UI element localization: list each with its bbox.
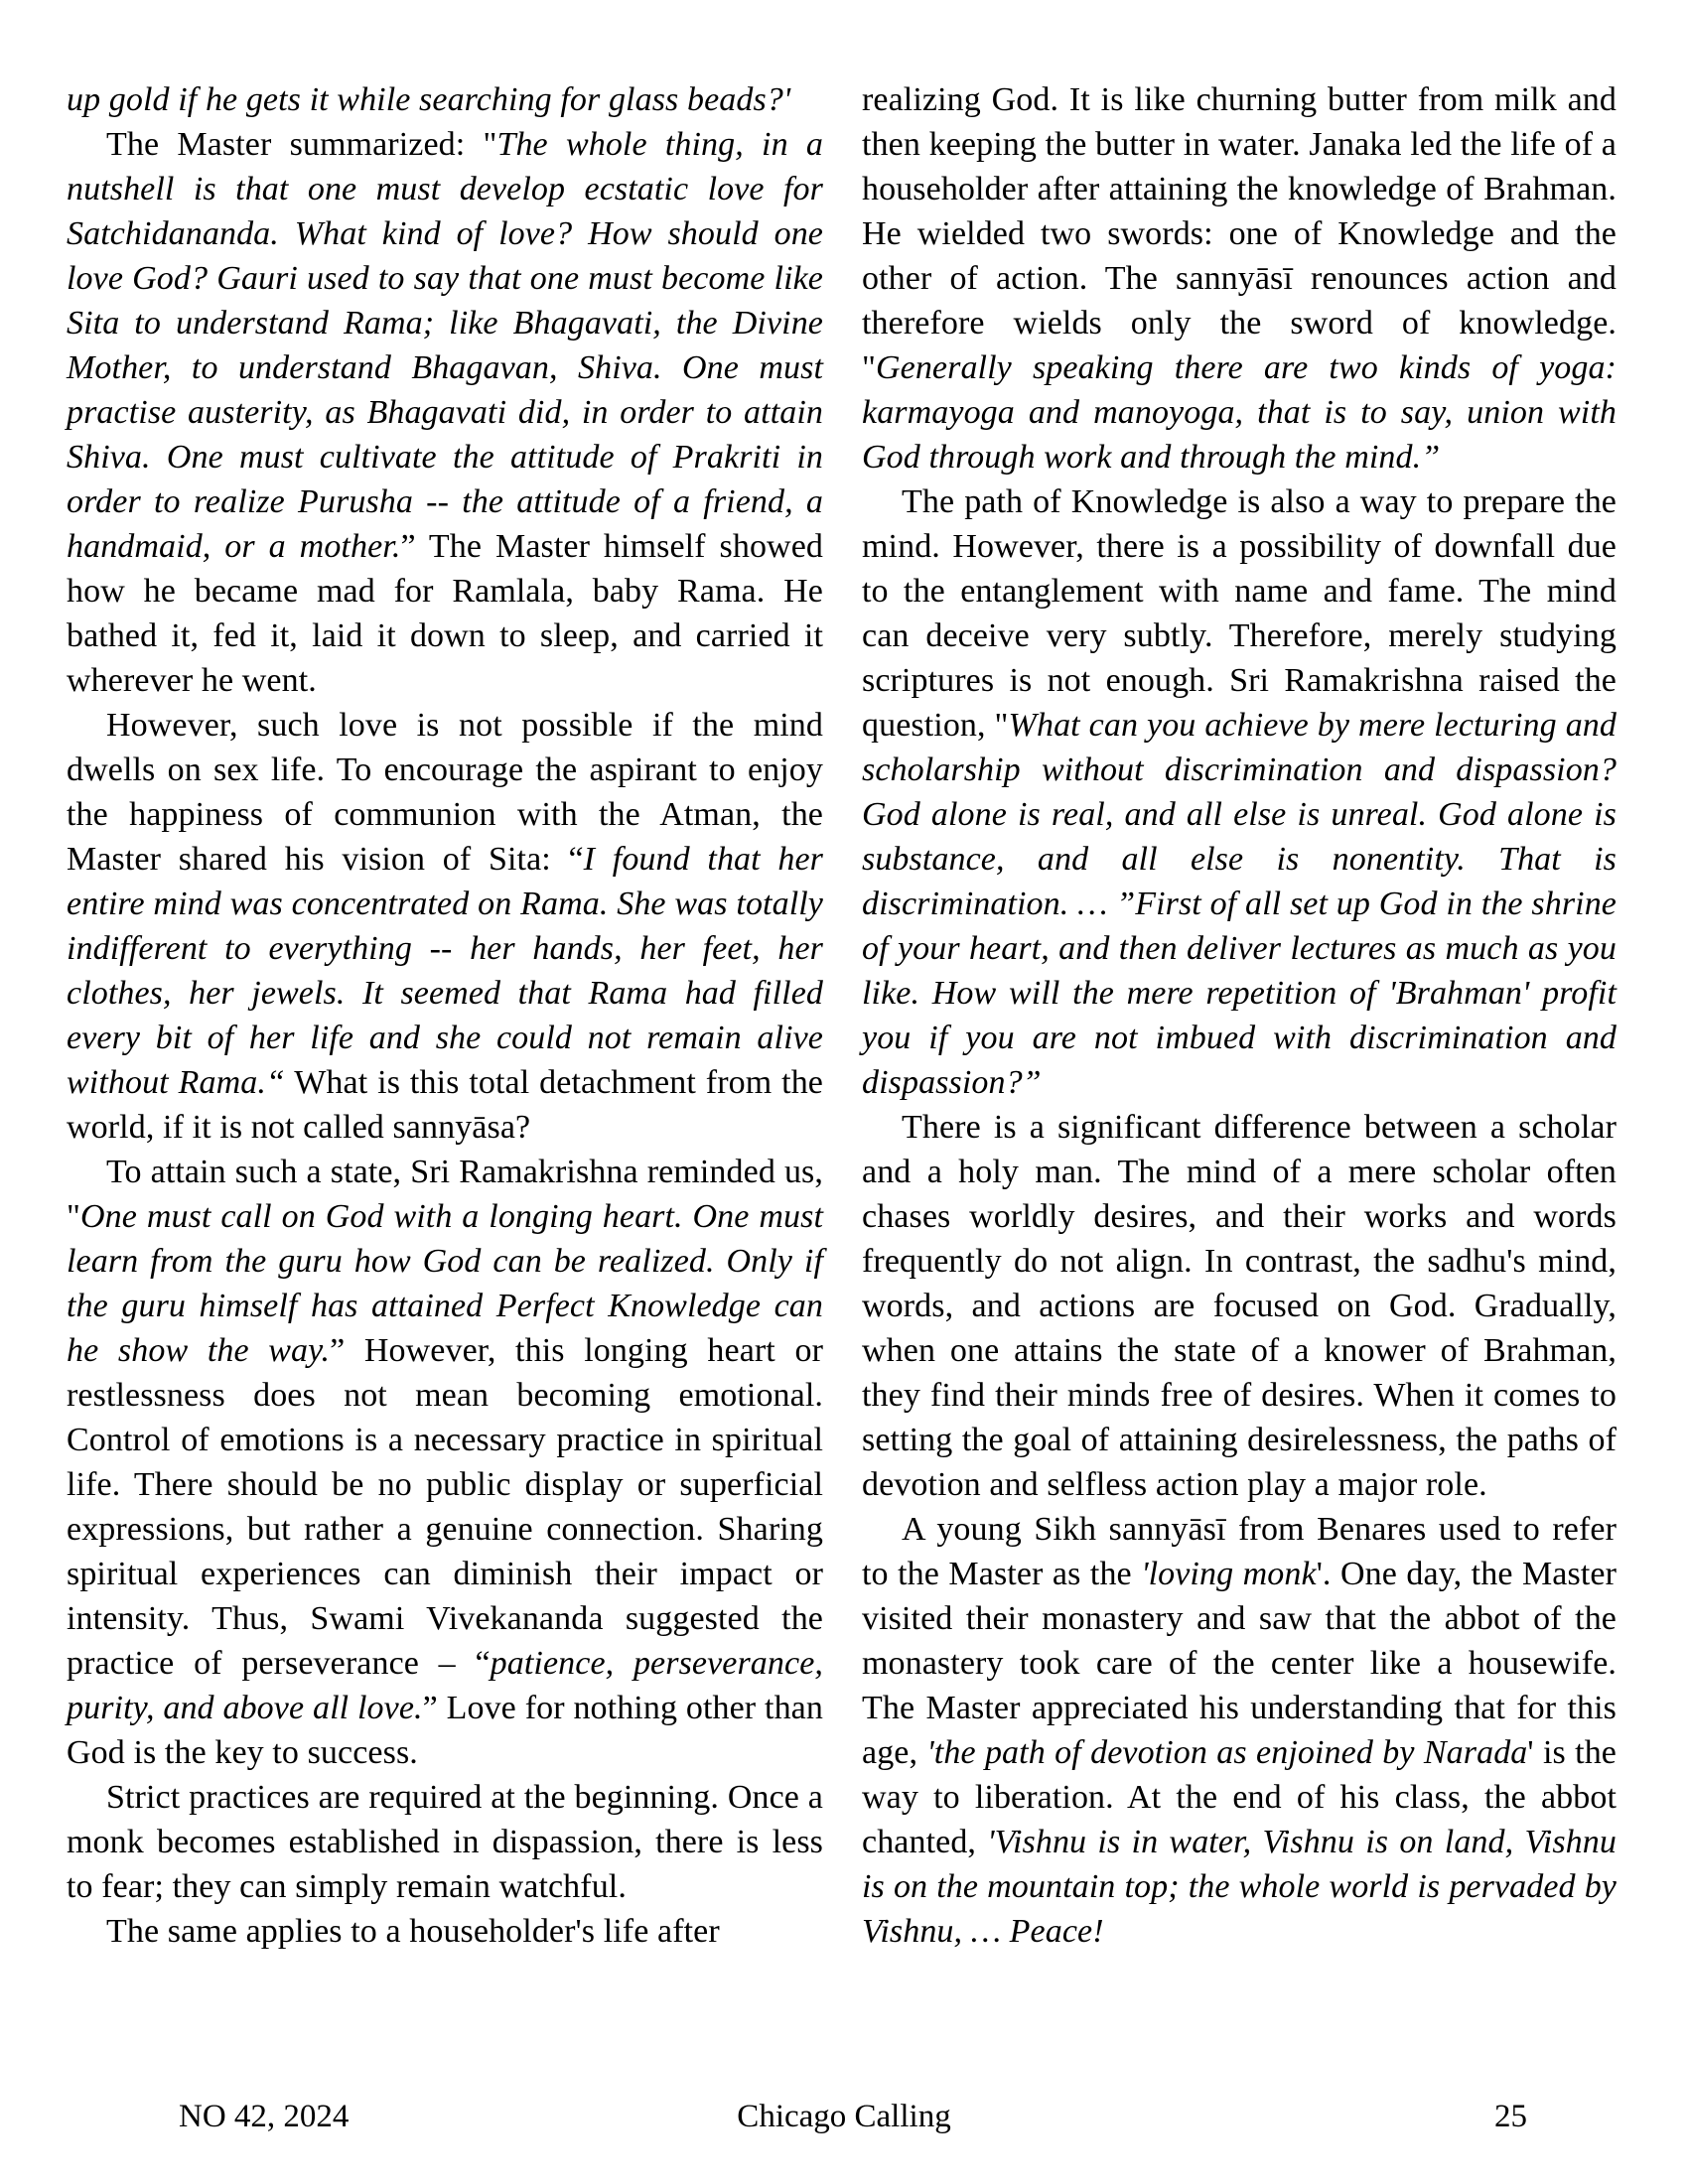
paragraph: To attain such a state, Sri Ramakrishna …	[67, 1150, 823, 1775]
paragraph: The same applies to a householder's life…	[67, 1909, 823, 1954]
paragraph: A young Sikh sannyāsī from Benares used …	[862, 1507, 1617, 1954]
quote-text: What can you achieve by mere lecturing a…	[862, 707, 1617, 1101]
footer-issue-number: NO 42, 2024	[179, 2095, 349, 2139]
text-column-left: up gold if he gets it while searching fo…	[67, 77, 823, 1954]
body-text: There is a significant difference betwee…	[862, 1109, 1617, 1503]
footer-journal-title: Chicago Calling	[737, 2095, 950, 2139]
quote-text: The whole thing, in a nutshell is that o…	[67, 126, 823, 565]
quote-text: 'the path of devotion as enjoined by Nar…	[926, 1734, 1527, 1771]
paragraph: The path of Knowledge is also a way to p…	[862, 479, 1617, 1105]
footer-page-number: 25	[1494, 2095, 1527, 2139]
body-text: ” However, this longing heart or restles…	[67, 1332, 823, 1682]
quote-text: 'loving monk	[1141, 1556, 1316, 1592]
quote-text: Generally speaking there are two kinds o…	[862, 349, 1617, 476]
paragraph: However, such love is not possible if th…	[67, 703, 823, 1150]
body-text: The same applies to a householder's life…	[106, 1913, 720, 1950]
paragraph: up gold if he gets it while searching fo…	[67, 77, 823, 122]
quote-text: up gold if he gets it while searching fo…	[67, 81, 790, 118]
paragraph: Strict practices are required at the beg…	[67, 1775, 823, 1909]
text-column-right: realizing God. It is like churning butte…	[862, 77, 1617, 1954]
paragraph: realizing God. It is like churning butte…	[862, 77, 1617, 479]
magazine-page: up gold if he gets it while searching fo…	[0, 0, 1688, 2184]
page-footer: NO 42, 2024 Chicago Calling 25	[0, 2095, 1688, 2144]
paragraph: There is a significant difference betwee…	[862, 1105, 1617, 1507]
paragraph: The Master summarized: "The whole thing,…	[67, 122, 823, 703]
body-text: The Master summarized: "	[106, 126, 496, 163]
body-text: Strict practices are required at the beg…	[67, 1779, 823, 1905]
body-text: The path of Knowledge is also a way to p…	[862, 483, 1617, 744]
body-text: realizing God. It is like churning butte…	[862, 81, 1617, 386]
quote-text: I found that her entire mind was concent…	[67, 841, 823, 1101]
